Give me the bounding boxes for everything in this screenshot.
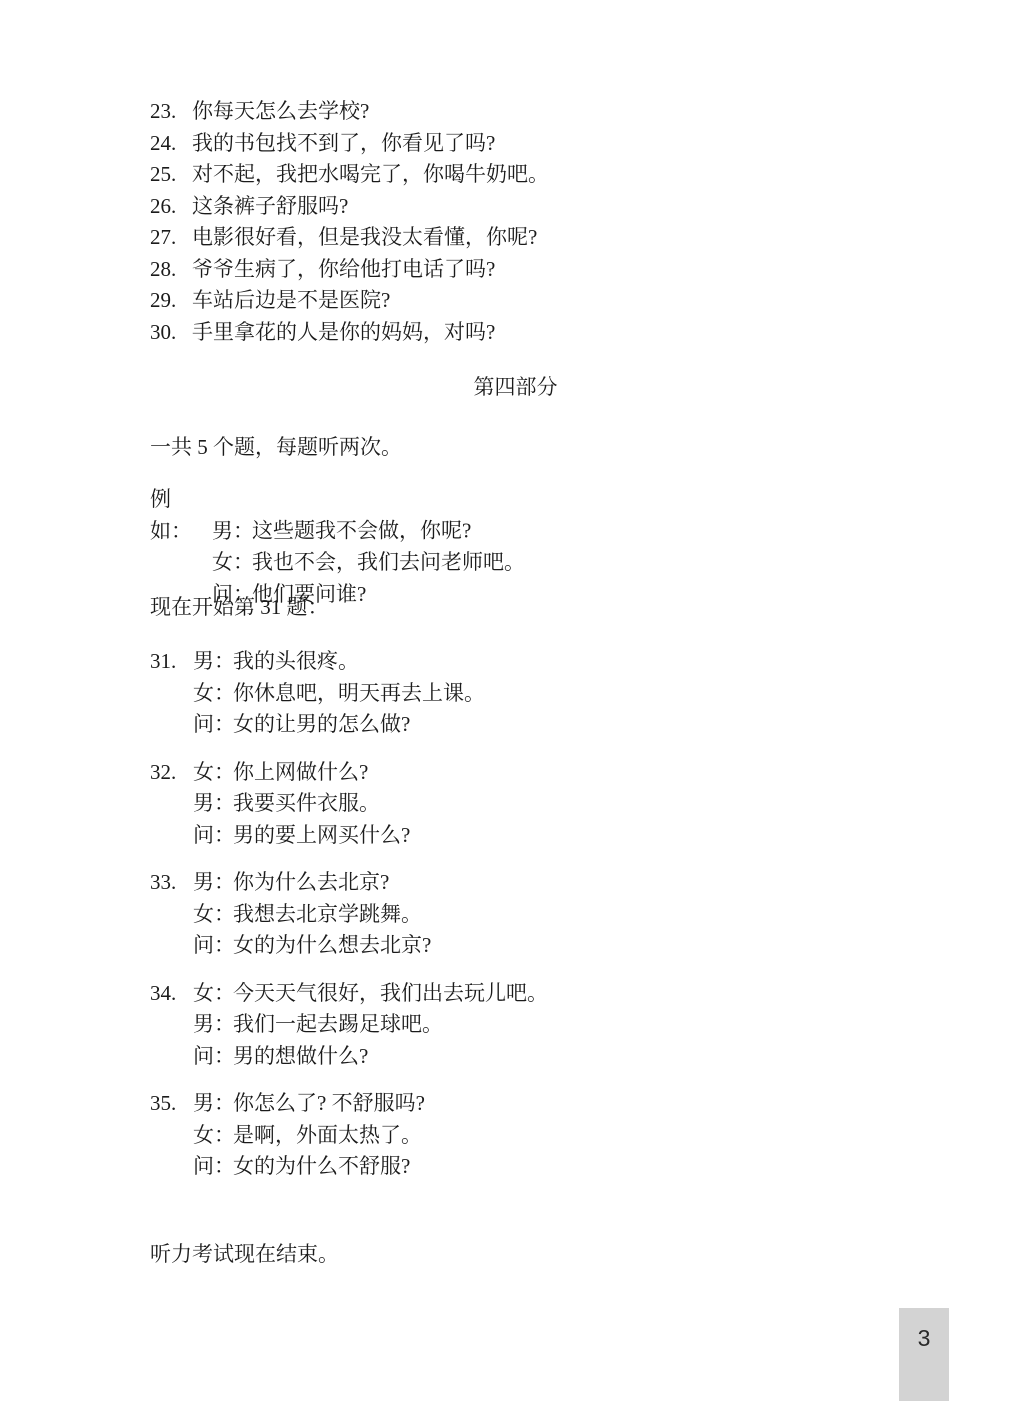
dialogue-item: 33.男：你为什么去北京? 女：我想去北京学跳舞。 问：女的为什么想去北京? — [150, 867, 548, 962]
question-number: 24. — [150, 128, 192, 160]
dialogue-text: 我的头很疼。 — [233, 649, 359, 673]
dialogue-item: 32.女：你上网做什么? 男：我要买件衣服。 问：男的要上网买什么? — [150, 757, 548, 852]
dialogues-31-35-list: 31.男：我的头很疼。 女：你休息吧，明天再去上课。 问：女的让男的怎么做? 3… — [150, 646, 548, 1199]
dialogue-line: 女：你休息吧，明天再去上课。 — [150, 678, 548, 710]
question-item: 30.手里拿花的人是你的妈妈，对吗? — [150, 317, 549, 349]
question-item: 26.这条裤子舒服吗? — [150, 191, 549, 223]
dialogue-text: 你休息吧，明天再去上课。 — [233, 681, 485, 705]
question-text: 你每天怎么去学校? — [192, 99, 369, 123]
question-text: 我的书包找不到了，你看见了吗? — [192, 131, 495, 155]
dialogue-number: 34. — [150, 978, 193, 1010]
dialogue-line: 问：男的要上网买什么? — [150, 820, 548, 852]
speaker-label: 女： — [193, 899, 233, 931]
dialogue-line: 问：女的为什么想去北京? — [150, 930, 548, 962]
exam-transcript-page: 23.你每天怎么去学校? 24.我的书包找不到了，你看见了吗? 25.对不起，我… — [0, 0, 1031, 1401]
speaker-label: 女： — [193, 757, 233, 789]
speaker-label: 问： — [193, 930, 233, 962]
dialogue-text: 我想去北京学跳舞。 — [233, 902, 422, 926]
section-intro: 一共 5 个题，每题听两次。 — [150, 432, 402, 464]
question-text: 这条裤子舒服吗? — [192, 194, 348, 218]
dialogue-text: 男的想做什么? — [233, 1044, 368, 1068]
question-item: 23.你每天怎么去学校? — [150, 96, 549, 128]
dialogue-line: 问：女的让男的怎么做? — [150, 709, 548, 741]
question-text: 手里拿花的人是你的妈妈，对吗? — [192, 320, 495, 344]
dialogue-number: 33. — [150, 867, 193, 899]
dialogue-text: 你为什么去北京? — [233, 870, 389, 894]
dialogue-line: 31.男：我的头很疼。 — [150, 646, 548, 678]
question-text: 对不起，我把水喝完了，你喝牛奶吧。 — [192, 162, 549, 186]
dialogue-number: 32. — [150, 757, 193, 789]
dialogue-text: 女的为什么想去北京? — [233, 933, 431, 957]
question-text: 爷爷生病了，你给他打电话了吗? — [192, 257, 495, 281]
dialogue-line: 女：我想去北京学跳舞。 — [150, 899, 548, 931]
dialogue-text: 我要买件衣服。 — [233, 791, 380, 815]
closing-statement: 听力考试现在结束。 — [150, 1239, 339, 1271]
question-item: 29.车站后边是不是医院? — [150, 285, 549, 317]
dialogue-line: 34.女：今天天气很好，我们出去玩儿吧。 — [150, 978, 548, 1010]
dialogue-number: 31. — [150, 646, 193, 678]
speaker-label: 男： — [193, 646, 233, 678]
example-line: 女：我也不会，我们去问老师吧。 — [150, 547, 525, 579]
speaker-label: 女： — [193, 978, 233, 1010]
question-number: 26. — [150, 191, 192, 223]
dialogue-line: 35.男：你怎么了? 不舒服吗? — [150, 1088, 548, 1120]
question-item: 27.电影很好看，但是我没太看懂，你呢? — [150, 222, 549, 254]
question-number: 28. — [150, 254, 192, 286]
page-number: 3 — [918, 1327, 931, 1350]
question-text: 车站后边是不是医院? — [192, 288, 390, 312]
dialogue-line: 32.女：你上网做什么? — [150, 757, 548, 789]
dialogue-text: 我们一起去踢足球吧。 — [233, 1012, 443, 1036]
question-number: 27. — [150, 222, 192, 254]
speaker-label: 男： — [193, 1009, 233, 1041]
dialogue-text: 是啊，外面太热了。 — [233, 1123, 422, 1147]
dialogue-line: 男：我要买件衣服。 — [150, 788, 548, 820]
speaker-label: 问： — [193, 820, 233, 852]
dialogue-text: 女的让男的怎么做? — [233, 712, 410, 736]
question-number: 23. — [150, 96, 192, 128]
question-number: 29. — [150, 285, 192, 317]
dialogue-text: 这些题我不会做，你呢? — [252, 519, 471, 543]
example-label: 例如： — [150, 484, 212, 547]
dialogue-text: 今天天气很好，我们出去玩儿吧。 — [233, 981, 548, 1005]
question-item: 25.对不起，我把水喝完了，你喝牛奶吧。 — [150, 159, 549, 191]
speaker-label: 男： — [193, 788, 233, 820]
speaker-label: 男： — [193, 867, 233, 899]
start-note: 现在开始第 31 题： — [150, 592, 329, 624]
speaker-label: 女： — [212, 547, 252, 579]
speaker-label: 问： — [193, 1151, 233, 1183]
speaker-label: 问： — [193, 709, 233, 741]
dialogue-text: 男的要上网买什么? — [233, 823, 410, 847]
dialogue-item: 31.男：我的头很疼。 女：你休息吧，明天再去上课。 问：女的让男的怎么做? — [150, 646, 548, 741]
speaker-label: 男： — [193, 1088, 233, 1120]
speaker-label: 问： — [193, 1041, 233, 1073]
dialogue-line: 33.男：你为什么去北京? — [150, 867, 548, 899]
speaker-label: 女： — [193, 678, 233, 710]
question-item: 24.我的书包找不到了，你看见了吗? — [150, 128, 549, 160]
dialogue-number: 35. — [150, 1088, 193, 1120]
dialogue-line: 女：是啊，外面太热了。 — [150, 1120, 548, 1152]
question-number: 25. — [150, 159, 192, 191]
dialogue-text: 你怎么了? 不舒服吗? — [233, 1091, 425, 1115]
example-line: 例如：男：这些题我不会做，你呢? — [150, 484, 525, 547]
question-item: 28.爷爷生病了，你给他打电话了吗? — [150, 254, 549, 286]
dialogue-line: 男：我们一起去踢足球吧。 — [150, 1009, 548, 1041]
dialogue-line: 问：女的为什么不舒服? — [150, 1151, 548, 1183]
dialogue-text: 我也不会，我们去问老师吧。 — [252, 550, 525, 574]
dialogue-line: 问：男的想做什么? — [150, 1041, 548, 1073]
dialogue-text: 女的为什么不舒服? — [233, 1154, 410, 1178]
dialogue-item: 34.女：今天天气很好，我们出去玩儿吧。 男：我们一起去踢足球吧。 问：男的想做… — [150, 978, 548, 1073]
question-text: 电影很好看，但是我没太看懂，你呢? — [192, 225, 537, 249]
questions-23-30-list: 23.你每天怎么去学校? 24.我的书包找不到了，你看见了吗? 25.对不起，我… — [150, 96, 549, 348]
page-number-tab: 3 — [899, 1308, 949, 1401]
section-title: 第四部分 — [150, 372, 881, 404]
question-number: 30. — [150, 317, 192, 349]
speaker-label: 男： — [212, 516, 252, 548]
dialogue-item: 35.男：你怎么了? 不舒服吗? 女：是啊，外面太热了。 问：女的为什么不舒服? — [150, 1088, 548, 1183]
speaker-label: 女： — [193, 1120, 233, 1152]
dialogue-text: 你上网做什么? — [233, 760, 368, 784]
